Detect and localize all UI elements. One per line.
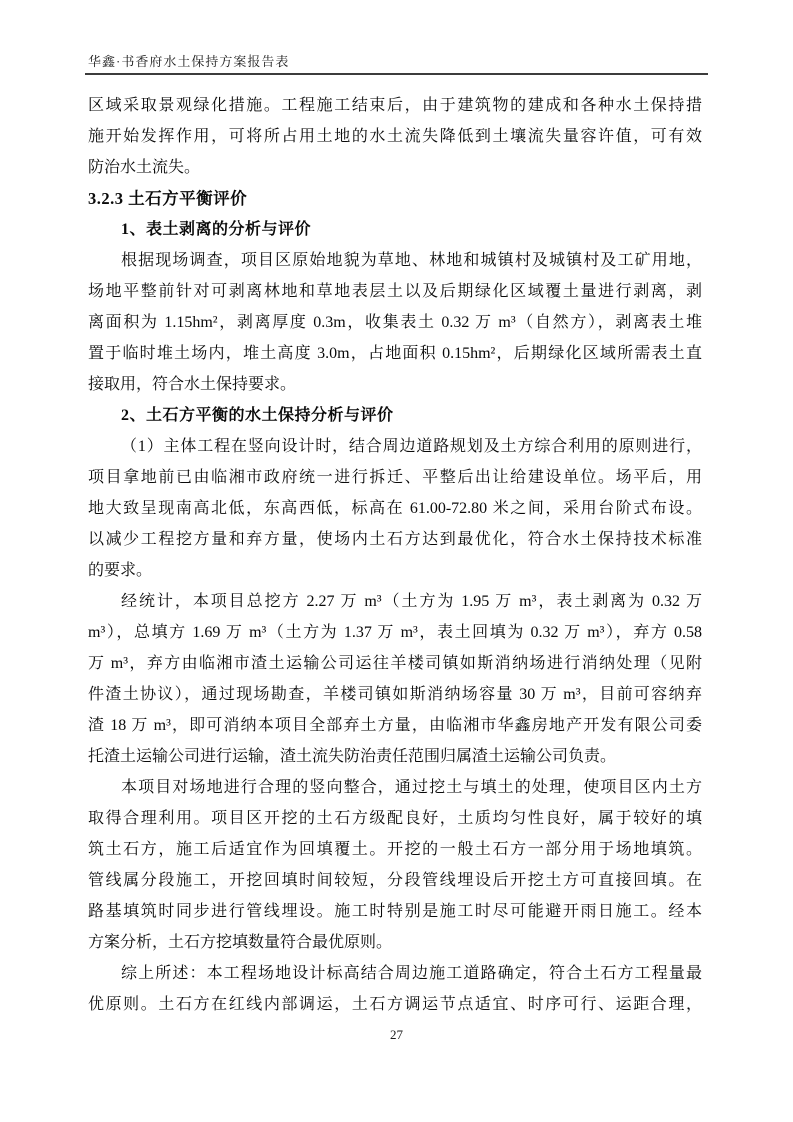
paragraph-line: 方案分析，土石方挖填数量符合最优原则。 xyxy=(88,927,702,958)
paragraph-line: 件渣土协议），通过现场勘查，羊楼司镇如斯消纳场容量 30 万 m³，目前可容纳弃 xyxy=(88,679,702,710)
paragraph-line: 区域采取景观绿化措施。工程施工结束后，由于建筑物的建成和各种水土保持措 xyxy=(88,90,702,121)
paragraph-line: 管线属分段施工，开挖回填时间较短，分段管线埋设后开挖土方可直接回填。在 xyxy=(88,865,702,896)
paragraph-line: 置于临时堆土场内，堆土高度 3.0m，占地面积 0.15hm²，后期绿化区域所需… xyxy=(88,338,702,369)
paragraph-line: 经统计，本项目总挖方 2.27 万 m³（土方为 1.95 万 m³，表土剥离为… xyxy=(88,586,702,617)
subsection-heading: 2、土石方平衡的水土保持分析与评价 xyxy=(88,400,702,431)
paragraph-line: 场地平整前针对可剥离林地和草地表层土以及后期绿化区域覆土量进行剥离，剥 xyxy=(88,276,702,307)
paragraph-line: 接取用，符合水土保持要求。 xyxy=(88,369,702,400)
page-number: 27 xyxy=(0,1026,793,1044)
paragraph-line: 以减少工程挖方量和弃方量，使场内土石方达到最优化，符合水土保持技术标准 xyxy=(88,524,702,555)
header-divider-rule xyxy=(85,73,708,75)
paragraph-line: 离面积为 1.15hm²，剥离厚度 0.3m，收集表土 0.32 万 m³（自然… xyxy=(88,307,702,338)
paragraph-line: 地大致呈现南高北低，东高西低，标高在 61.00-72.80 米之间，采用台阶式… xyxy=(88,493,702,524)
document-header-title: 华鑫·书香府水土保持方案报告表 xyxy=(88,54,708,70)
paragraph-line: 路基填筑时同步进行管线埋设。施工时特别是施工时尽可能避开雨日施工。经本 xyxy=(88,896,702,927)
paragraph-line: 的要求。 xyxy=(88,555,702,586)
paragraph-line: 本项目对场地进行合理的竖向整合，通过挖土与填土的处理，使项目区内土方 xyxy=(88,772,702,803)
paragraph-line: 取得合理利用。项目区开挖的土石方级配良好，土质均匀性良好，属于较好的填 xyxy=(88,803,702,834)
section-heading: 3.2.3 土石方平衡评价 xyxy=(88,183,702,214)
paragraph-line: 渣 18 万 m³，即可消纳本项目全部弃土方量，由临湘市华鑫房地产开发有限公司委 xyxy=(88,710,702,741)
document-body: 区域采取景观绿化措施。工程施工结束后，由于建筑物的建成和各种水土保持措施开始发挥… xyxy=(88,90,702,1020)
subsection-heading: 1、表土剥离的分析与评价 xyxy=(88,214,702,245)
paragraph-line: 防治水土流失。 xyxy=(88,152,702,183)
paragraph-line: 筑土石方，施工后适宜作为回填覆土。开挖的一般土石方一部分用于场地填筑。 xyxy=(88,834,702,865)
paragraph-line: 综上所述：本工程场地设计标高结合周边施工道路确定，符合土石方工程量最 xyxy=(88,958,702,989)
paragraph-line: 万 m³，弃方由临湘市渣土运输公司运往羊楼司镇如斯消纳场进行消纳处理（见附 xyxy=(88,648,702,679)
paragraph-line: m³），总填方 1.69 万 m³（土方为 1.37 万 m³，表土回填为 0.… xyxy=(88,617,702,648)
paragraph-line: 项目拿地前已由临湘市政府统一进行拆迁、平整后出让给建设单位。场平后，用 xyxy=(88,462,702,493)
document-page: 华鑫·书香府水土保持方案报告表 区域采取景观绿化措施。工程施工结束后，由于建筑物… xyxy=(0,0,793,1122)
paragraph-line: 优原则。土石方在红线内部调运，土石方调运节点适宜、时序可行、运距合理， xyxy=(88,989,702,1020)
paragraph-line: 托渣土运输公司进行运输，渣土流失防治责任范围归属渣土运输公司负责。 xyxy=(88,741,702,772)
paragraph-line: 施开始发挥作用，可将所占用土地的水土流失降低到土壤流失量容许值，可有效 xyxy=(88,121,702,152)
paragraph-line: 根据现场调查，项目区原始地貌为草地、林地和城镇村及城镇村及工矿用地， xyxy=(88,245,702,276)
paragraph-line: （1）主体工程在竖向设计时，结合周边道路规划及土方综合利用的原则进行， xyxy=(88,431,702,462)
